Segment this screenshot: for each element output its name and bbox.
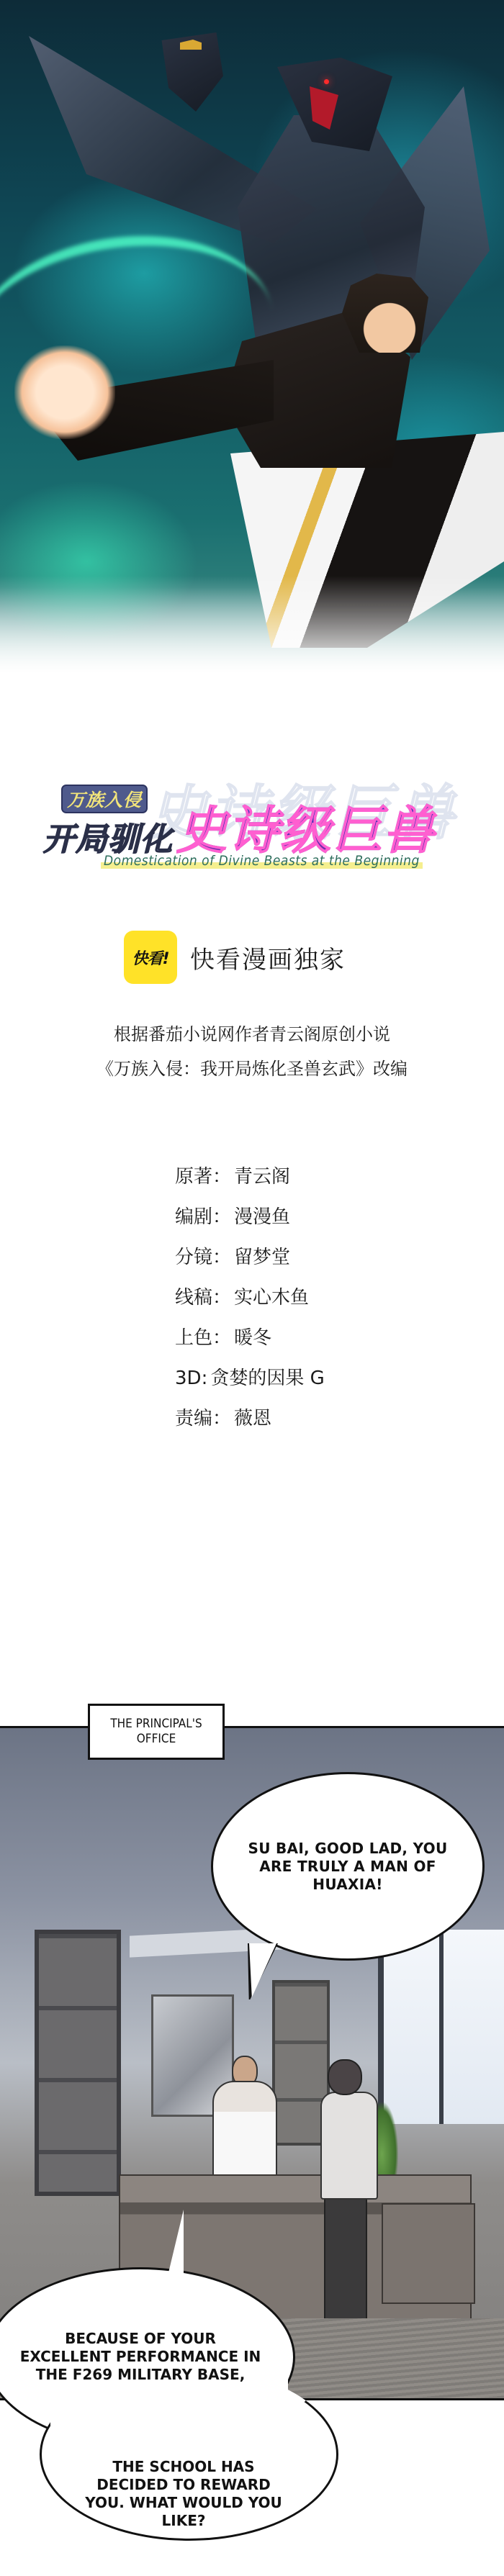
credit-value: 留梦堂: [234, 1247, 290, 1268]
hero-hand: [14, 345, 115, 439]
cover-fade: [0, 576, 504, 691]
credit-row: 编剧：漫漫鱼: [175, 1197, 325, 1237]
credit-row: 3D: 贪婪的因果 G: [175, 1358, 325, 1398]
credit-role: 编剧：: [175, 1197, 231, 1237]
principal-figure: [212, 2081, 277, 2182]
credit-row: 分镜：留梦堂: [175, 1237, 325, 1278]
credit-role: 分镜：: [175, 1237, 231, 1278]
title-logo: 史诗级巨兽 万族入侵 开局驯化 史诗级巨兽 Domestication of D…: [0, 763, 504, 878]
credit-value: 漫漫鱼: [234, 1206, 290, 1228]
logo-tag: 万族入侵: [61, 785, 148, 813]
credit-role: 原著：: [175, 1157, 231, 1197]
credit-value: 薇恩: [234, 1408, 271, 1429]
credit-value: 暖冬: [234, 1327, 271, 1349]
credits-list: 原著：青云阁 编剧：漫漫鱼 分镜：留梦堂 线稿：实心木鱼 上色：暖冬 3D: 贪…: [175, 1157, 325, 1439]
credit-value: 实心木鱼: [234, 1287, 309, 1309]
dragon-eye: [324, 79, 329, 84]
credit-row: 线稿：实心木鱼: [175, 1278, 325, 1318]
credit-role: 上色：: [175, 1318, 231, 1358]
publisher-name: 快看漫画独家: [190, 940, 346, 975]
credit-role: 线稿：: [175, 1278, 231, 1318]
credit-role: 责编：: [175, 1398, 231, 1439]
credit-role: 3D:: [175, 1358, 207, 1398]
credit-row: 责编：薇恩: [175, 1398, 325, 1439]
student-figure: [320, 2092, 378, 2200]
speech-bubble-text: THE SCHOOL HAS DECIDED TO REWARD YOU. WH…: [79, 2458, 288, 2530]
logo-main-title: 史诗级巨兽: [176, 790, 436, 863]
student-head: [328, 2059, 362, 2095]
source-info: 根据番茄小说网作者青云阁原创小说 《万族入侵：我开局炼化圣兽玄武》改编: [0, 1017, 504, 1086]
cover-art: [0, 0, 504, 691]
desk-cabinet: [382, 2203, 475, 2304]
location-caption: THE PRINCIPAL'S OFFICE: [88, 1704, 225, 1760]
credit-value: 贪婪的因果 G: [210, 1368, 324, 1389]
speech-bubble: SU BAI, GOOD LAD, YOU ARE TRULY A MAN OF…: [211, 1772, 485, 1961]
kuaikan-logo-icon: 快看!: [124, 931, 177, 984]
credit-row: 原著：青云阁: [175, 1157, 325, 1197]
hero-head: [342, 274, 428, 353]
source-line-2: 《万族入侵：我开局炼化圣兽玄武》改编: [0, 1052, 504, 1086]
speech-bubble-text: BECAUSE OF YOUR EXCELLENT PERFORMANCE IN…: [18, 2330, 263, 2384]
window-frame: [439, 1930, 444, 2124]
source-line-1: 根据番茄小说网作者青云阁原创小说: [0, 1017, 504, 1052]
credit-value: 青云阁: [234, 1166, 290, 1188]
bookshelf-left: [35, 1930, 121, 2196]
publisher: 快看! 快看漫画独家: [124, 931, 346, 984]
logo-english-title: Domestication of Divine Beasts at the Be…: [101, 853, 423, 869]
credit-row: 上色：暖冬: [175, 1318, 325, 1358]
